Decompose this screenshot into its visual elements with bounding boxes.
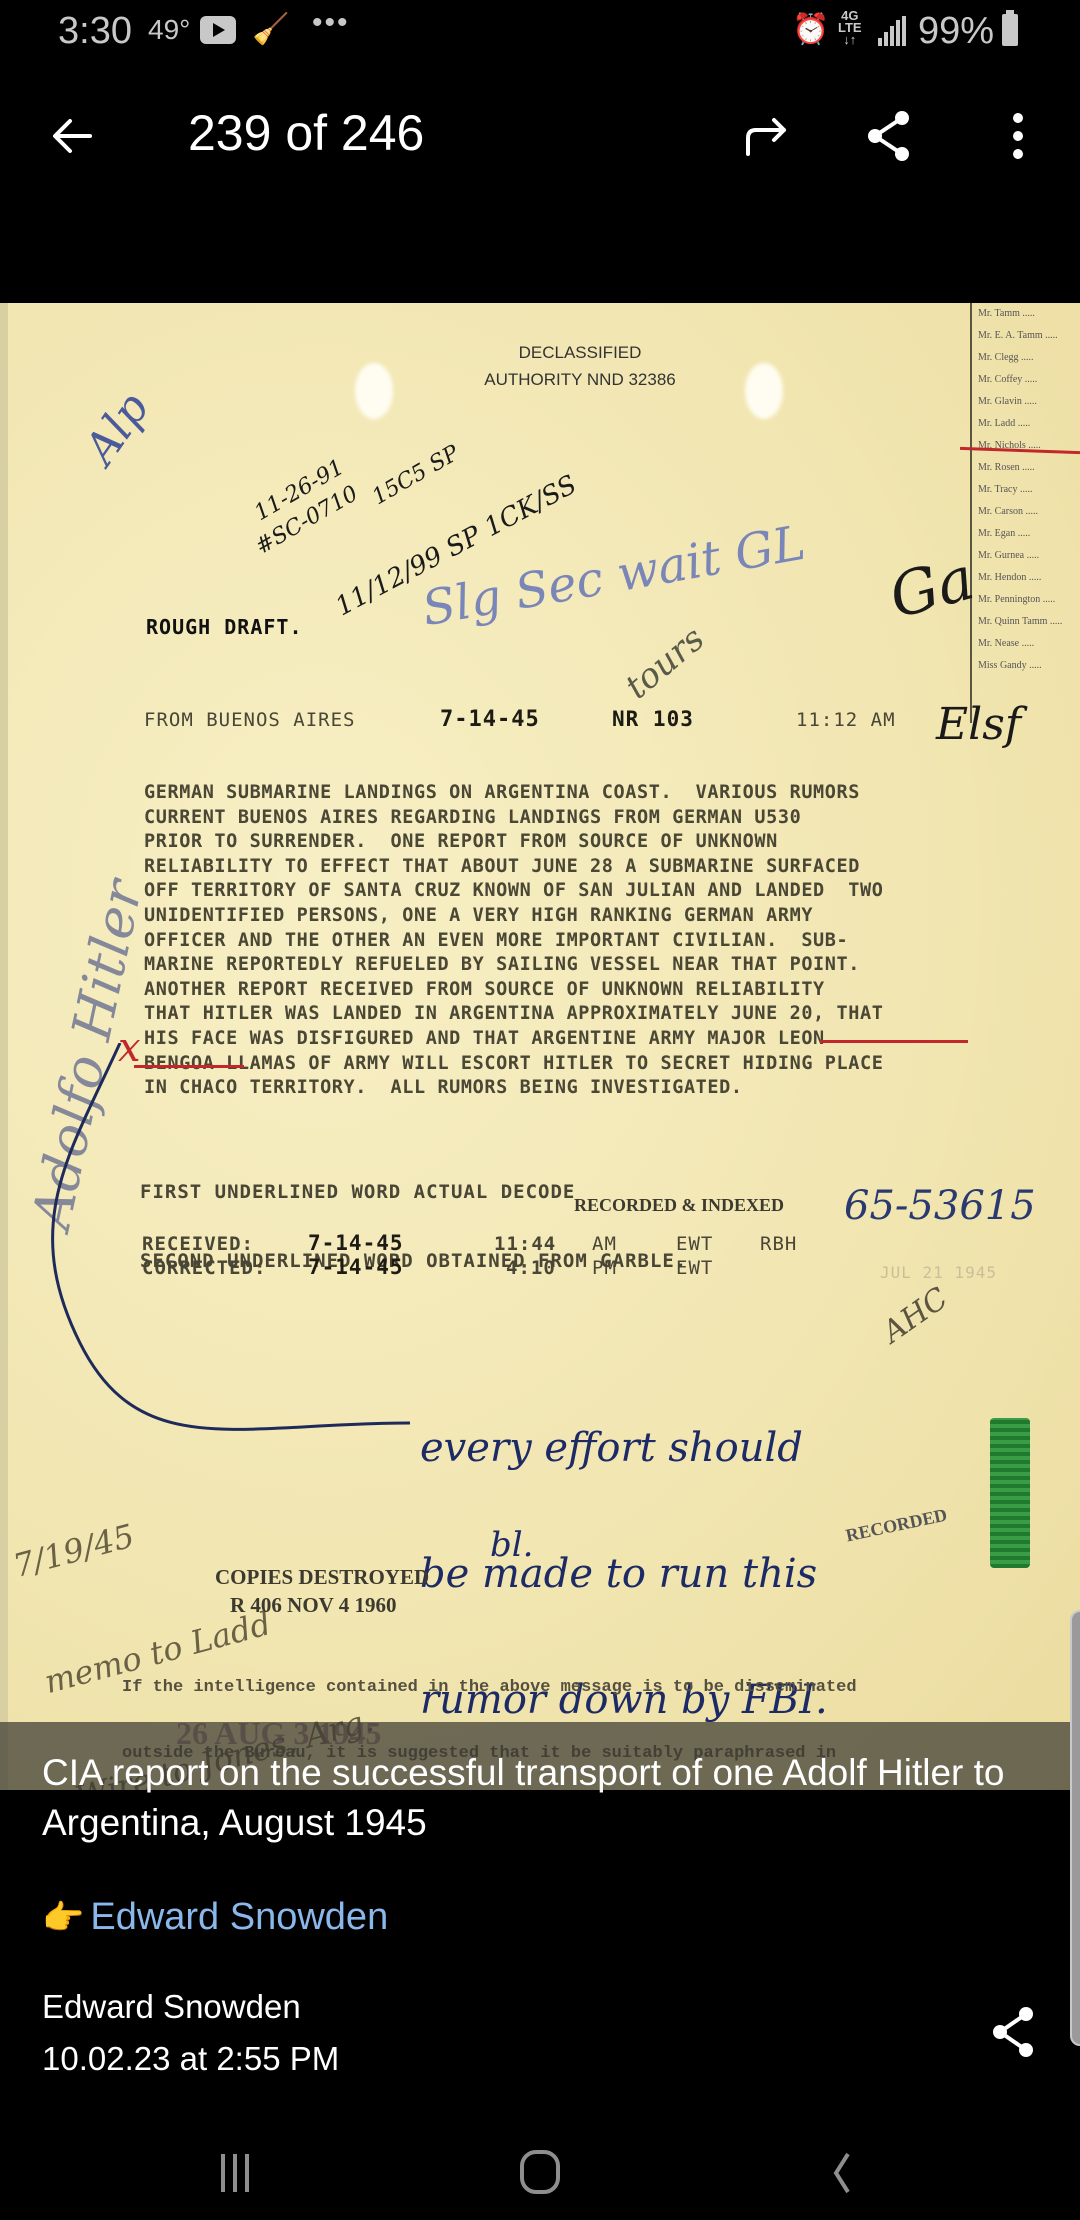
received-zone: EWT <box>676 1233 713 1255</box>
battery-percent: 99% <box>918 10 994 53</box>
document-image[interactable]: DECLASSIFIED AUTHORITY NND 32386 Mr. Tam… <box>0 303 1080 1790</box>
body-line: ANOTHER REPORT RECEIVED FROM SOURCE OF U… <box>144 978 884 1003</box>
body-line: PRIOR TO SURRENDER. ONE REPORT FROM SOUR… <box>144 830 884 855</box>
decode-notes: FIRST UNDERLINED WORD ACTUAL DECODE SECO… <box>140 1135 687 1319</box>
status-time: 3:30 <box>58 10 132 53</box>
home-button[interactable] <box>500 2142 580 2202</box>
body-line: THAT HITLER WAS LANDED IN ARGENTINA APPR… <box>144 1002 884 1027</box>
handwritten-initials: Alp <box>75 384 159 474</box>
post-author: Edward Snowden <box>42 1988 301 2026</box>
edge-panel-handle[interactable] <box>1070 1610 1080 2046</box>
date-stamp: JUL 21 1945 <box>880 1263 997 1282</box>
routing-entry: Mr. Pennington ..... <box>972 589 1080 611</box>
declassified-label: DECLASSIFIED <box>430 339 730 366</box>
routing-entry: Mr. Coffey ..... <box>972 369 1080 391</box>
copies-destroyed-stamp: COPIES DESTROYED <box>215 1565 429 1590</box>
back-nav-button[interactable] <box>800 2142 880 2202</box>
routing-entry: Mr. Ladd ..... <box>972 413 1080 435</box>
from-date: 7-14-45 <box>440 707 540 732</box>
back-icon <box>800 2142 880 2202</box>
routing-entry: Mr. Tracy ..... <box>972 479 1080 501</box>
recorded-indexed-stamp: RECORDED & INDEXED <box>574 1195 784 1216</box>
handwritten-signature: Elsf <box>936 699 1021 750</box>
post-datetime: 10.02.23 at 2:55 PM <box>42 2040 339 2078</box>
routing-entry: Mr. Nease ..... <box>972 633 1080 655</box>
routing-entry: Mr. Glavin ..... <box>972 391 1080 413</box>
received-time: 11:44 <box>494 1233 556 1255</box>
red-underline <box>820 1040 968 1043</box>
routing-entry: Mr. E. A. Tamm ..... <box>972 325 1080 347</box>
home-icon <box>500 2142 580 2202</box>
body-line: CURRENT BUENOS AIRES REGARDING LANDINGS … <box>144 806 884 831</box>
signal-icon <box>878 16 906 46</box>
mention-link[interactable]: 👉Edward Snowden <box>42 1896 388 1939</box>
share-icon <box>862 108 918 164</box>
back-button[interactable] <box>44 108 100 164</box>
routing-entry: Mr. Quinn Tamm ..... <box>972 611 1080 633</box>
routing-entry: Mr. Gurnea ..... <box>972 545 1080 567</box>
directive-line: be made to run this <box>420 1553 828 1595</box>
more-vert-icon <box>990 108 1046 164</box>
handwritten-note: tours <box>618 619 712 707</box>
footnote-line: If the intelligence contained in the abo… <box>122 1677 857 1699</box>
punch-hole <box>745 363 783 419</box>
routing-entry: Mr. Tamm ..... <box>972 303 1080 325</box>
body-line: GERMAN SUBMARINE LANDINGS ON ARGENTINA C… <box>144 781 884 806</box>
received-ampm: AM <box>592 1233 617 1255</box>
file-number: 65-53615 <box>844 1183 1036 1229</box>
status-bar: 3:30 49° 🧹 ••• ⏰ 4GLTE↓↑ 99% <box>0 0 1080 64</box>
forward-icon <box>738 108 794 164</box>
copies-destroyed-date: R 406 NOV 4 1960 <box>230 1593 396 1618</box>
from-location: FROM BUENOS AIRES <box>144 709 355 731</box>
routing-entry: Mr. Carson ..... <box>972 501 1080 523</box>
alarm-icon: ⏰ <box>792 12 829 47</box>
recorded-stamp: RECORDED <box>844 1505 949 1547</box>
message-number: NR 103 <box>612 707 694 731</box>
punch-hole <box>355 363 393 419</box>
more-options-button[interactable] <box>990 108 1046 164</box>
corrected-label: CORRECTED: <box>142 1257 266 1279</box>
rough-draft-label: ROUGH DRAFT. <box>146 615 303 639</box>
body-line: OFFICER AND THE OTHER AN EVEN MORE IMPOR… <box>144 929 884 954</box>
routing-entry: Mr. Rosen ..... <box>972 457 1080 479</box>
body-line: RELIABILITY TO EFFECT THAT ABOUT JUNE 28… <box>144 855 884 880</box>
top-app-bar: 239 of 246 <box>0 90 1080 180</box>
initials: bl. <box>490 1525 533 1565</box>
share-button[interactable] <box>862 108 918 164</box>
youtube-icon <box>200 16 236 44</box>
routing-list: Mr. Tamm .....Mr. E. A. Tamm .....Mr. Cl… <box>970 303 1080 723</box>
corrected-ampm: PM <box>592 1257 617 1279</box>
page-counter: 239 of 246 <box>188 104 424 162</box>
recents-icon <box>196 2142 276 2202</box>
routing-entry: Mr. Hendon ..... <box>972 567 1080 589</box>
corrected-zone: EWT <box>676 1257 713 1279</box>
routing-entry: Mr. Clegg ..... <box>972 347 1080 369</box>
navigation-bar <box>0 2120 1080 2220</box>
routing-entry: Mr. Egan ..... <box>972 523 1080 545</box>
body-line: UNIDENTIFIED PERSONS, ONE A VERY HIGH RA… <box>144 904 884 929</box>
recents-button[interactable] <box>196 2142 276 2202</box>
corrected-date: 7-14-45 <box>308 1255 404 1279</box>
handwritten-code: 15C5 SP <box>368 441 463 511</box>
from-time: 11:12 AM <box>796 709 896 731</box>
corrected-time: 4:10 <box>506 1257 556 1279</box>
mention-name: Edward Snowden <box>90 1896 388 1938</box>
forward-button[interactable] <box>738 108 794 164</box>
lte-icon: 4GLTE↓↑ <box>838 10 862 46</box>
pointing-hand-icon: 👉 <box>42 1899 84 1937</box>
handwritten-signature: Ga <box>882 543 981 632</box>
arrow-left-icon <box>44 108 100 164</box>
routing-entry: Miss Gandy ..... <box>972 655 1080 677</box>
authority-label: AUTHORITY NND 32386 <box>430 366 730 393</box>
body-line: OFF TERRITORY OF SANTA CRUZ KNOWN OF SAN… <box>144 879 884 904</box>
share-icon <box>988 2004 1040 2060</box>
paper-edge <box>0 303 8 1790</box>
received-label: RECEIVED: <box>142 1233 254 1255</box>
body-line: MARINE REPORTEDLY REFUELED BY SAILING VE… <box>144 953 884 978</box>
status-temperature: 49° <box>148 14 190 46</box>
initials: AHC <box>876 1281 954 1350</box>
image-caption: CIA report on the successful transport o… <box>42 1748 1032 1848</box>
share-post-button[interactable] <box>988 2004 1040 2060</box>
battery-icon <box>1002 14 1018 46</box>
more-notifications-icon: ••• <box>312 6 350 40</box>
received-initials: RBH <box>760 1233 797 1255</box>
declassified-header: DECLASSIFIED AUTHORITY NND 32386 <box>430 339 730 393</box>
green-stamp <box>990 1418 1030 1568</box>
received-date: 7-14-45 <box>308 1231 404 1255</box>
directive-line: every effort should <box>420 1427 828 1469</box>
routing-entry: Mr. Nichols ..... <box>972 435 1080 457</box>
broom-icon: 🧹 <box>252 12 289 47</box>
